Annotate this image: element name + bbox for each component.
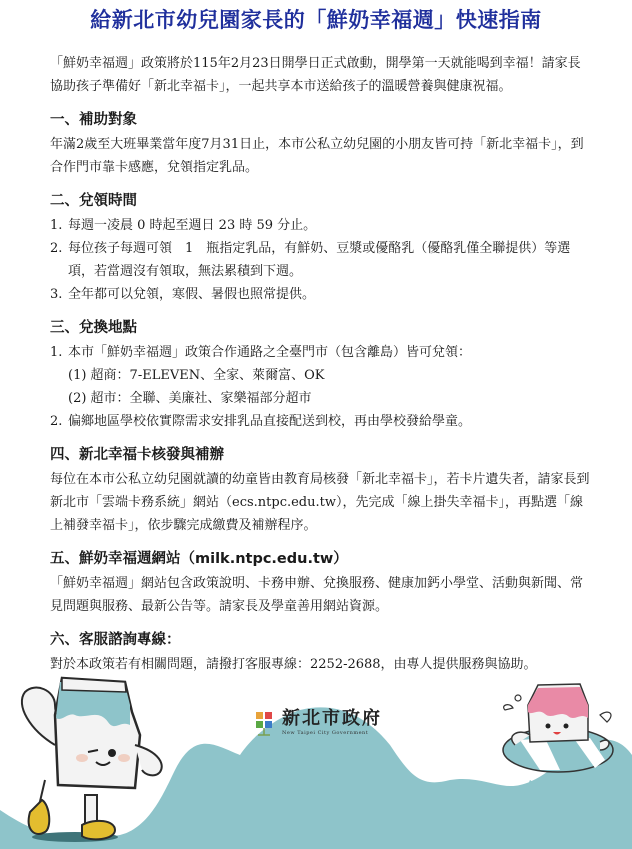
section-heading: 六、客服諮詢專線： bbox=[50, 629, 590, 651]
list-item: 3. 全年都可以兌領，寒假、暑假也照常提供。 bbox=[50, 283, 590, 306]
section-text: 每位在本市公私立幼兒園就讀的幼童皆由教育局核發「新北幸福卡」，若卡片遺失者，請家… bbox=[50, 468, 590, 537]
list-number: 1. bbox=[50, 341, 68, 364]
list-item: 2. 每位孩子每週可領 1 瓶指定乳品，有鮮奶、豆漿或優酪乳（優酪乳僅全聯提供）… bbox=[50, 237, 590, 283]
ordered-list: 1. 每週一凌晨 0 時起至週日 23 時 59 分止。 2. 每位孩子每週可領… bbox=[50, 214, 590, 306]
milk-carton-mascot-icon bbox=[22, 678, 162, 842]
city-emblem-icon bbox=[252, 708, 276, 738]
logo-name-cn: 新北市政府 bbox=[282, 709, 382, 729]
list-text: 本市「鮮奶幸福週」政策合作通路之全臺門市（包含離島）皆可兌領： bbox=[68, 341, 590, 364]
logo-text: 新北市政府 New Taipei City Government bbox=[282, 709, 382, 737]
new-taipei-city-logo: 新北市政府 New Taipei City Government bbox=[252, 703, 392, 743]
sub-list-item: (2) 超市：全聯、美廉社、家樂福部分超市 bbox=[50, 387, 590, 410]
section-text: 「鮮奶幸福週」網站包含政策說明、卡務申辦、兌換服務、健康加鈣小學堂、活動與新聞、… bbox=[50, 572, 590, 618]
section-heading: 三、兌換地點 bbox=[50, 317, 590, 339]
page-title: 給新北市幼兒園家長的「鮮奶幸福週」快速指南 bbox=[0, 4, 632, 34]
list-text: 每位孩子每週可領 1 瓶指定乳品，有鮮奶、豆漿或優酪乳（優酪乳僅全聯提供）等選項… bbox=[68, 237, 590, 283]
sub-list-item: (1) 超商：7-ELEVEN、全家、萊爾富、OK bbox=[50, 364, 590, 387]
section-redeem-time: 二、兌領時間 1. 每週一凌晨 0 時起至週日 23 時 59 分止。 2. 每… bbox=[50, 190, 590, 306]
list-number: 2. bbox=[50, 410, 68, 433]
logo-name-en: New Taipei City Government bbox=[282, 729, 382, 737]
section-heading: 四、新北幸福卡核發與補辦 bbox=[50, 444, 590, 466]
section-heading: 五、鮮奶幸福週網站（milk.ntpc.edu.tw） bbox=[50, 548, 590, 570]
pink-milk-carton-mascot-icon bbox=[503, 684, 613, 772]
list-number: 1. bbox=[50, 214, 68, 237]
section-eligibility: 一、補助對象 年滿2歲至大班畢業當年度7月31日止，本市公私立幼兒園的小朋友皆可… bbox=[50, 109, 590, 179]
intro-paragraph: 「鮮奶幸福週」政策將於115年2月23日開學日正式啟動，開學第一天就能喝到幸福！… bbox=[50, 52, 590, 98]
section-redeem-location: 三、兌換地點 1. 本市「鮮奶幸福週」政策合作通路之全臺門市（包含離島）皆可兌領… bbox=[50, 317, 590, 433]
section-heading: 二、兌領時間 bbox=[50, 190, 590, 212]
decorative-wave-background bbox=[0, 660, 632, 849]
list-text: 每週一凌晨 0 時起至週日 23 時 59 分止。 bbox=[68, 214, 590, 237]
section-website: 五、鮮奶幸福週網站（milk.ntpc.edu.tw） 「鮮奶幸福週」網站包含政… bbox=[50, 548, 590, 618]
list-text: 偏鄉地區學校依實際需求安排乳品直接配送到校，再由學校發給學童。 bbox=[68, 410, 590, 433]
section-heading: 一、補助對象 bbox=[50, 109, 590, 131]
ordered-list: 1. 本市「鮮奶幸福週」政策合作通路之全臺門市（包含離島）皆可兌領： (1) 超… bbox=[50, 341, 590, 433]
list-item: 1. 每週一凌晨 0 時起至週日 23 時 59 分止。 bbox=[50, 214, 590, 237]
list-item: 1. 本市「鮮奶幸福週」政策合作通路之全臺門市（包含離島）皆可兌領： bbox=[50, 341, 590, 364]
list-number: 3. bbox=[50, 283, 68, 306]
list-item: 2. 偏鄉地區學校依實際需求安排乳品直接配送到校，再由學校發給學童。 bbox=[50, 410, 590, 433]
list-text: 全年都可以兌領，寒假、暑假也照常提供。 bbox=[68, 283, 590, 306]
list-number: 2. bbox=[50, 237, 68, 283]
section-card-issuance: 四、新北幸福卡核發與補辦 每位在本市公私立幼兒園就讀的幼童皆由教育局核發「新北幸… bbox=[50, 444, 590, 537]
section-text: 年滿2歲至大班畢業當年度7月31日止，本市公私立幼兒園的小朋友皆可持「新北幸福卡… bbox=[50, 133, 590, 179]
document-body: 「鮮奶幸福週」政策將於115年2月23日開學日正式啟動，開學第一天就能喝到幸福！… bbox=[50, 40, 590, 676]
